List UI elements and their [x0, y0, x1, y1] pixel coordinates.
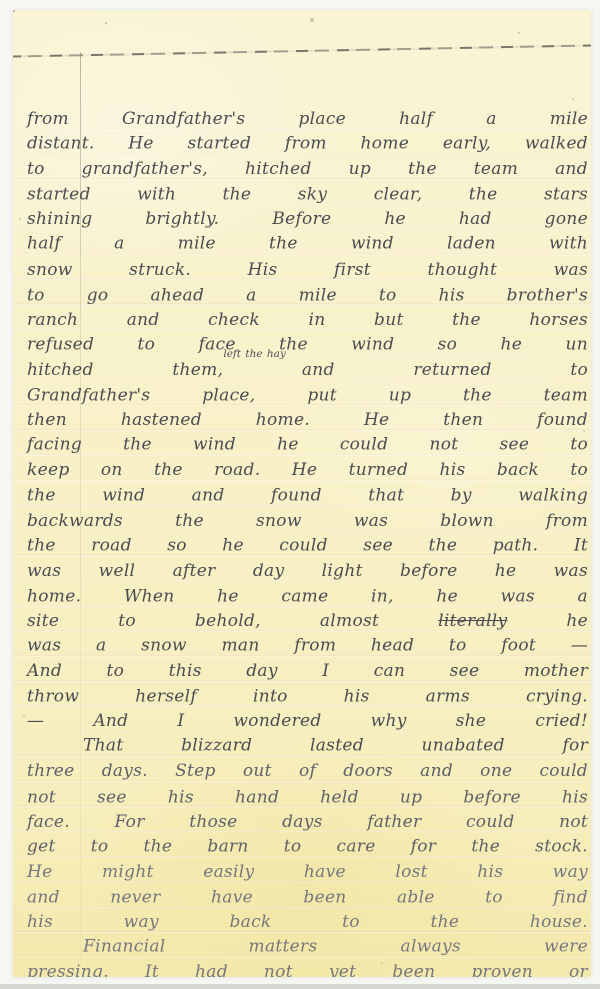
handwritten-line: ranch and check in but the horses: [27, 308, 588, 333]
paper-page: from Grandfather's place half a mile dis…: [13, 10, 591, 977]
handwritten-line: get to the barn to care for the stock.: [27, 834, 588, 859]
handwritten-line: And to this day I can see mother: [27, 659, 588, 684]
scan-bottom-edge: [0, 984, 600, 989]
handwritten-line: and never have been able to find: [27, 886, 588, 911]
line-text: he: [566, 611, 588, 631]
handwritten-text: from Grandfather's place half a mile dis…: [27, 107, 588, 977]
handwritten-line: facing the wind he could not see to: [27, 433, 588, 458]
handwritten-line: to grandfather's, hitched up the team an…: [27, 157, 588, 182]
handwritten-line-with-strikethrough: site to behold, almost literally he: [27, 609, 588, 634]
handwritten-line: Financial matters always were: [27, 935, 588, 960]
handwritten-line: — And I wondered why she cried!: [27, 709, 588, 734]
handwritten-line: then hastened home. He then found: [27, 408, 588, 433]
handwritten-line: started with the sky clear, the stars: [27, 183, 588, 208]
line-text: and returned to: [302, 360, 588, 380]
handwritten-line: distant. He started from home early, wal…: [27, 132, 588, 157]
handwritten-line: home. When he came in, he was a: [27, 584, 588, 609]
handwritten-line: half a mile the wind laden with: [27, 232, 588, 257]
handwritten-line-with-insertion: hitched them, left the hay and returned …: [27, 358, 588, 383]
line-text: site to behold, almost: [27, 611, 379, 631]
handwritten-line: keep on the road. He turned his back to: [27, 458, 588, 483]
handwritten-line: backwards the snow was blown from: [27, 509, 588, 534]
handwritten-line: to go ahead a mile to his brother's: [27, 283, 588, 308]
handwritten-line: three days. Step out of doors and one co…: [27, 759, 588, 784]
handwritten-line: face. For those days father could not: [27, 810, 588, 835]
handwritten-line: That blizzard lasted unabated for: [27, 734, 588, 759]
handwritten-line: snow struck. His first thought was: [27, 258, 588, 283]
handwritten-line: the road so he could see the path. It: [27, 533, 588, 558]
caret-inserted-text: left the hay: [223, 349, 286, 359]
handwritten-line: his way back to the house.: [27, 910, 588, 935]
handwritten-line: was a snow man from head to foot —: [27, 633, 588, 658]
handwritten-line: was well after day light before he was: [27, 559, 588, 584]
struck-word: literally: [438, 611, 507, 631]
scan-background: from Grandfather's place half a mile dis…: [0, 0, 600, 989]
line-text: hitched them,: [27, 360, 223, 380]
handwritten-line: from Grandfather's place half a mile: [27, 107, 588, 132]
handwritten-line: Grandfather's place, put up the team: [27, 384, 588, 409]
paper-specks: [13, 10, 15, 12]
handwritten-line: pressing. It had not yet been proven or: [27, 960, 588, 977]
handwritten-line: refused to face the wind so he un: [27, 332, 588, 357]
handwritten-line: throw herself into his arms crying.: [27, 685, 588, 710]
handwritten-line: shining brightly. Before he had gone: [27, 207, 588, 232]
handwritten-line: the wind and found that by walking: [27, 484, 588, 509]
handwritten-line: He might easily have lost his way: [27, 860, 588, 885]
handwritten-line: not see his hand held up before his: [27, 785, 588, 810]
top-crease-line: [13, 44, 591, 57]
